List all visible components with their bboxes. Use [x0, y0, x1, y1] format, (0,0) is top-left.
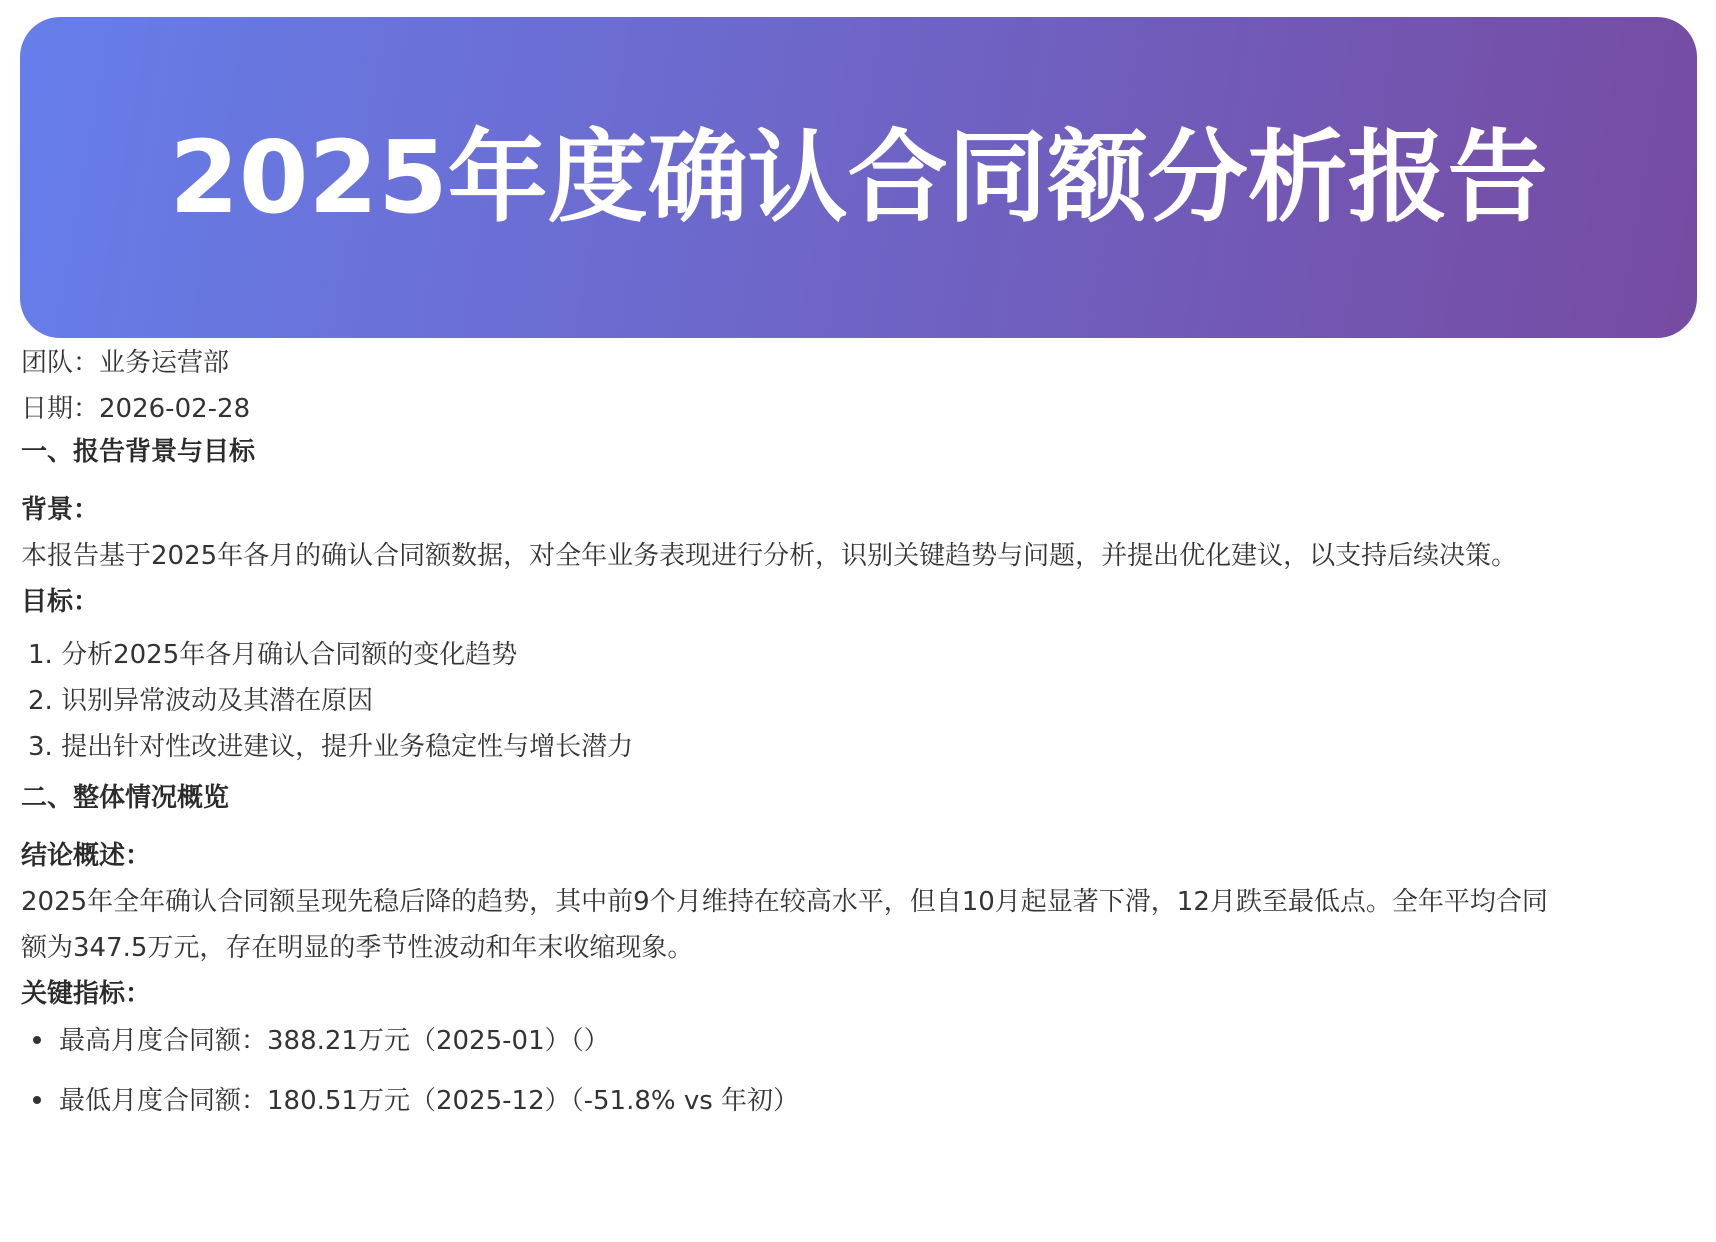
metric-text: 最低月度合同额：180.51万元（2025-12）（-51.8% vs 年初） [59, 1086, 799, 1116]
goal-item: 1. 分析2025年各月确认合同额的变化趋势 [28, 637, 517, 673]
team-line: 团队：业务运营部 [21, 345, 229, 381]
background-text: 本报告基于2025年各月的确认合同额数据，对全年业务表现进行分析，识别关键趋势与… [21, 538, 1517, 574]
metric-item-max: 最高月度合同额：388.21万元（2025-01）（） [33, 1023, 610, 1059]
date-line: 日期：2026-02-28 [21, 391, 250, 427]
conclusion-label: 结论概述： [21, 838, 151, 874]
date-value: 2026-02-28 [99, 394, 250, 424]
team-value: 业务运营部 [99, 348, 229, 378]
bullet-icon [33, 1036, 41, 1044]
background-label: 背景： [21, 492, 99, 528]
report-title: 2025年度确认合同额分析报告 [169, 128, 1547, 228]
conclusion-text-line-1: 2025年全年确认合同额呈现先稳后降的趋势，其中前9个月维持在较高水平，但自10… [21, 884, 1548, 920]
team-label: 团队： [21, 348, 99, 378]
goal-item: 3. 提出针对性改进建议，提升业务稳定性与增长潜力 [28, 729, 633, 765]
report-title-banner: 2025年度确认合同额分析报告 [20, 17, 1697, 338]
goal-item: 2. 识别异常波动及其潜在原因 [28, 683, 373, 719]
metric-item-min: 最低月度合同额：180.51万元（2025-12）（-51.8% vs 年初） [33, 1083, 799, 1119]
metrics-label: 关键指标： [21, 976, 151, 1012]
goals-label: 目标： [21, 584, 99, 620]
conclusion-text-line-2: 额为347.5万元，存在明显的季节性波动和年末收缩现象。 [21, 930, 693, 966]
section-heading-overview: 二、整体情况概览 [21, 780, 229, 816]
date-label: 日期： [21, 394, 99, 424]
section-heading-background-goals: 一、报告背景与目标 [21, 434, 255, 470]
metric-text: 最高月度合同额：388.21万元（2025-01）（） [59, 1026, 610, 1056]
bullet-icon [33, 1096, 41, 1104]
